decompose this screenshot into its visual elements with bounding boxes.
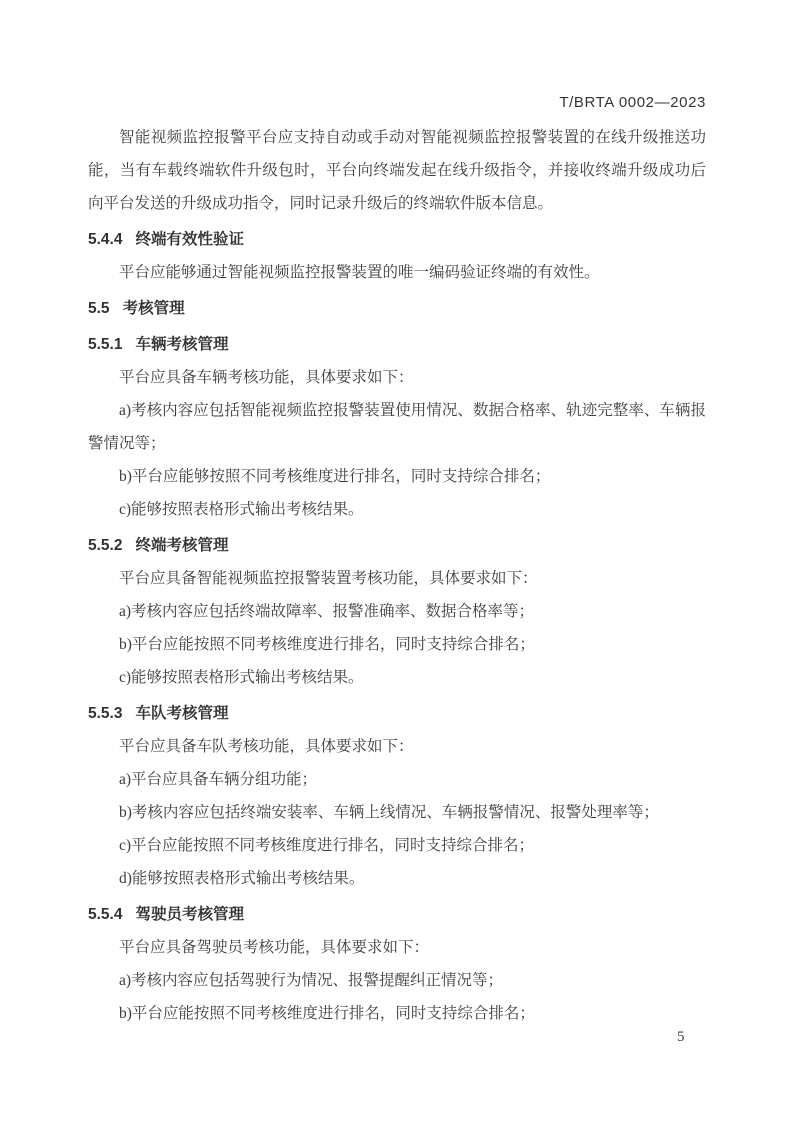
list-item-a: a)平台应具备车辆分组功能； xyxy=(88,763,706,796)
heading-5-5-4: 5.5.4驾驶员考核管理 xyxy=(88,898,706,931)
heading-title: 车队考核管理 xyxy=(135,705,228,722)
running-header: T/BRTA 0002—2023 xyxy=(88,94,706,111)
heading-number: 5.5 xyxy=(88,292,110,325)
heading-title: 车辆考核管理 xyxy=(135,336,228,353)
list-item-b: b)平台应能按照不同考核维度进行排名，同时支持综合排名； xyxy=(88,997,706,1030)
list-item-b: b)平台应能按照不同考核维度进行排名，同时支持综合排名； xyxy=(88,628,706,661)
heading-number: 5.4.4 xyxy=(88,223,122,256)
paragraph-terminal-validity: 平台应能够通过智能视频监控报警装置的唯一编码验证终端的有效性。 xyxy=(88,256,706,289)
list-item-b: b)平台应能够按照不同考核维度进行排名，同时支持综合排名； xyxy=(88,460,706,493)
paragraph-vehicle-assess: 平台应具备车辆考核功能，具体要求如下： xyxy=(88,361,706,394)
paragraph-terminal-assess: 平台应具备智能视频监控报警装置考核功能，具体要求如下： xyxy=(88,562,706,595)
heading-number: 5.5.1 xyxy=(88,328,122,361)
heading-number: 5.5.3 xyxy=(88,697,122,730)
heading-5-4-4: 5.4.4终端有效性验证 xyxy=(88,223,706,256)
paragraph-driver-assess: 平台应具备驾驶员考核功能，具体要求如下： xyxy=(88,931,706,964)
list-item-c: c)能够按照表格形式输出考核结果。 xyxy=(88,661,706,694)
list-item-d: d)能够按照表格形式输出考核结果。 xyxy=(88,862,706,895)
document-body: 智能视频监控报警平台应支持自动或手动对智能视频监控报警装置的在线升级推送功能，当… xyxy=(88,121,706,1030)
heading-5-5-2: 5.5.2终端考核管理 xyxy=(88,529,706,562)
heading-number: 5.5.4 xyxy=(88,898,122,931)
document-page: T/BRTA 0002—2023 智能视频监控报警平台应支持自动或手动对智能视频… xyxy=(0,0,794,1123)
list-item-a: a)考核内容应包括驾驶行为情况、报警提醒纠正情况等； xyxy=(88,964,706,997)
heading-number: 5.5.2 xyxy=(88,529,122,562)
heading-title: 驾驶员考核管理 xyxy=(135,906,244,923)
standard-code: T/BRTA 0002—2023 xyxy=(559,94,706,111)
heading-title: 终端考核管理 xyxy=(135,537,228,554)
list-item-c: c)能够按照表格形式输出考核结果。 xyxy=(88,493,706,526)
heading-5-5-1: 5.5.1车辆考核管理 xyxy=(88,328,706,361)
list-item-a: a)考核内容应包括智能视频监控报警装置使用情况、数据合格率、轨迹完整率、车辆报警… xyxy=(88,394,706,460)
list-item-c: c)平台应能按照不同考核维度进行排名，同时支持综合排名； xyxy=(88,829,706,862)
list-item-b: b)考核内容应包括终端安装率、车辆上线情况、车辆报警情况、报警处理率等； xyxy=(88,796,706,829)
page-number: 5 xyxy=(677,1029,685,1046)
heading-5-5: 5.5考核管理 xyxy=(88,292,706,325)
paragraph-upgrade-push: 智能视频监控报警平台应支持自动或手动对智能视频监控报警装置的在线升级推送功能，当… xyxy=(88,121,706,220)
heading-title: 考核管理 xyxy=(123,300,185,317)
heading-title: 终端有效性验证 xyxy=(135,231,244,248)
heading-5-5-3: 5.5.3车队考核管理 xyxy=(88,697,706,730)
paragraph-fleet-assess: 平台应具备车队考核功能，具体要求如下： xyxy=(88,730,706,763)
list-item-a: a)考核内容应包括终端故障率、报警准确率、数据合格率等； xyxy=(88,595,706,628)
